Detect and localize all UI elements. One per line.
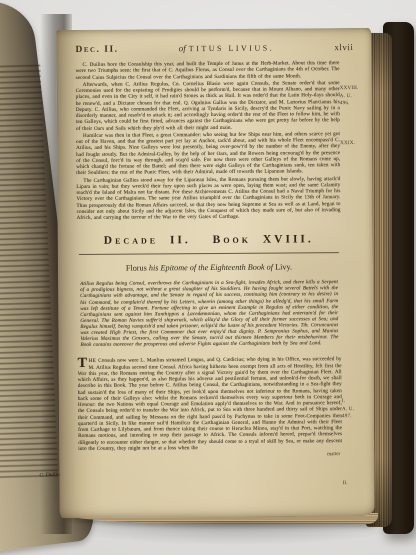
running-head-of: of: [179, 43, 186, 53]
paragraph-prodigies: Afterwards, when C. Atilius Regulus, Cn.…: [76, 80, 340, 132]
epitome-heading: Florus his Epitome of the Eighteenth Boo…: [77, 262, 341, 273]
section-rule: [79, 252, 339, 255]
drop-cap: T: [78, 358, 89, 370]
section-heading: Decade II. Book XVIII.: [77, 233, 341, 247]
running-head: Dec. II. ofTitus Livius. xlvii: [75, 42, 339, 55]
book-shadow: [0, 521, 416, 555]
epitome-heading-florus: Florus: [126, 264, 147, 273]
running-head-author: Titus Livius.: [189, 44, 274, 54]
epitome-heading-livy: Livy.: [275, 263, 292, 272]
left-page-running-head: n History Book XVII.: [0, 35, 23, 46]
margin-notes: XXVIII. A. U. 496. XXIX. I. A. U. 497. I…: [339, 28, 368, 516]
margin-note-chapter: I.: [342, 398, 345, 404]
book-heading: Book XVIII.: [213, 234, 314, 247]
margin-note-au: A. U.: [340, 93, 352, 99]
margin-note-chapter: II.: [342, 480, 347, 486]
opening-letters: HE: [89, 358, 97, 364]
margin-note-chapter: XXVIII.: [340, 85, 359, 91]
main-page: Dec. II. ofTitus Livius. xlvii C. Duiliu…: [56, 28, 374, 518]
paragraph-duilius: C. Duilius bore the Consulship this year…: [76, 60, 340, 81]
running-head-title: ofTitus Livius.: [119, 42, 335, 54]
final-paragraph-text: Consuls now were L. Manlius sirnamed Lon…: [78, 356, 343, 451]
margin-note-chapter: XXIX.: [340, 140, 355, 146]
text-column: Dec. II. ofTitus Livius. xlvii C. Duiliu…: [75, 42, 342, 459]
paragraph-consuls: THE Consuls now were L. Manlius sirnamed…: [78, 356, 343, 452]
paragraph-hamilcar: Hamilcar was then in that Fleet, a great…: [76, 131, 340, 177]
margin-note-year: 496.: [340, 100, 350, 106]
epitome-text: Atilius Regulus being Consul, overthrows…: [77, 279, 341, 348]
margin-note-au: A. U.: [342, 406, 354, 412]
photo-backdrop: n History Book XVII. C. Duilius Dec. II.…: [0, 0, 416, 555]
running-head-decade: Dec. II.: [75, 45, 118, 55]
catchword: matter: [78, 451, 342, 459]
epitome-heading-italic: his Epitome of the Eighteenth Book of: [149, 263, 273, 273]
margin-note-year: 497.: [342, 413, 352, 419]
paragraph-triumph: The Carthaginian Gallies stood away for …: [76, 176, 340, 222]
decade-heading: Decade II.: [104, 234, 191, 247]
